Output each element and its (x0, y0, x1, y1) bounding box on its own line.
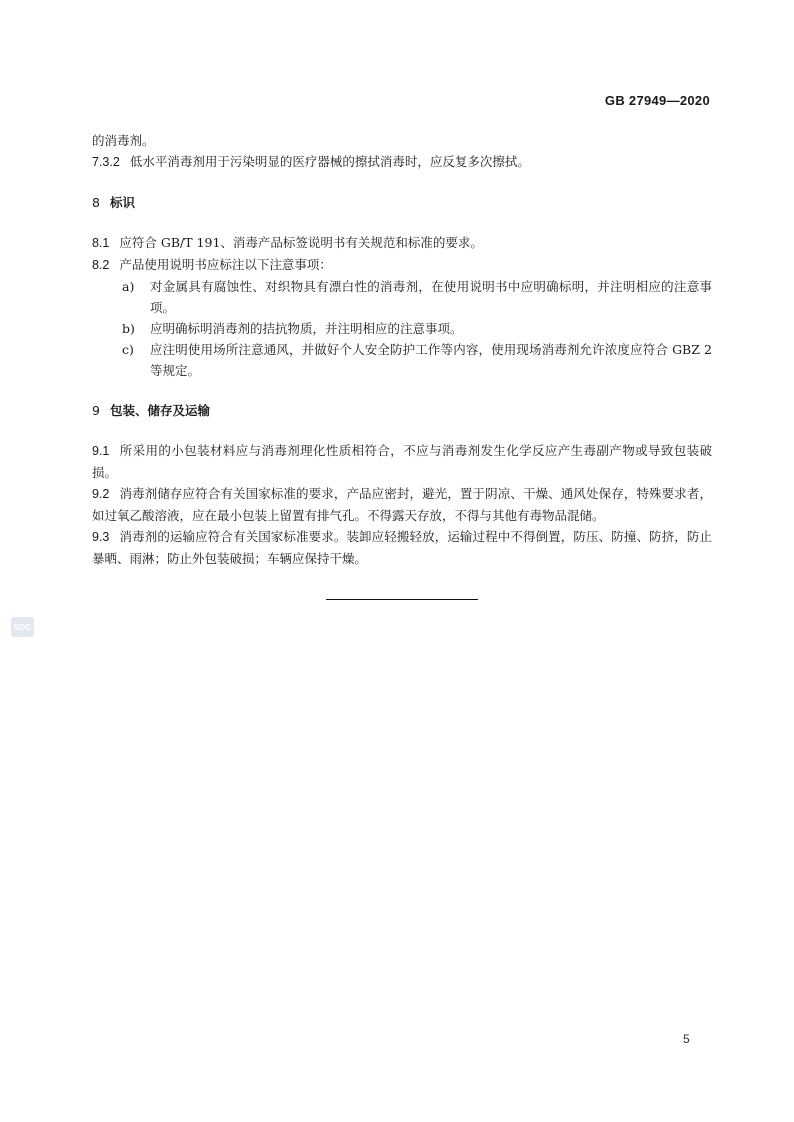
section-number: 9 (92, 403, 100, 418)
clause-8-2: 8.2产品使用说明书应标注以下注意事项： (92, 254, 712, 276)
clause-7-3-2: 7.3.2低水平消毒剂用于污染明显的医疗器械的擦拭消毒时，应反复多次擦拭。 (92, 151, 712, 173)
list-item-b: b) 应明确标明消毒剂的拮抗物质，并注明相应的注意事项。 (92, 318, 712, 339)
list-marker: c) (122, 339, 134, 360)
clause-text: 消毒剂的运输应符合有关国家标准要求。装卸应轻搬轻放，运输过程中不得倒置，防压、防… (92, 529, 712, 566)
section-title: 标识 (110, 195, 135, 210)
list-item-c: c) 应注明使用场所注意通风，并做好个人安全防护工作等内容，使用现场消毒剂允许浓… (92, 339, 712, 381)
list-item-text: 应注明使用场所注意通风，并做好个人安全防护工作等内容，使用现场消毒剂允许浓度应符… (150, 342, 712, 378)
clause-text: 低水平消毒剂用于污染明显的医疗器械的擦拭消毒时，应反复多次擦拭。 (130, 154, 530, 169)
clause-text: 所采用的小包装材料应与消毒剂理化性质相符合，不应与消毒剂发生化学反应产生毒副产物… (92, 443, 712, 480)
clause-number: 7.3.2 (92, 152, 120, 173)
continuation-text: 的消毒剂。 (92, 130, 712, 151)
list-marker: a) (122, 276, 134, 297)
section-8-heading: 8标识 (92, 192, 712, 213)
section-number: 8 (92, 195, 100, 210)
clause-number: 9.3 (92, 527, 109, 548)
page-number: 5 (683, 1032, 690, 1046)
clause-number: 8.1 (92, 233, 109, 254)
clause-text: 应符合 GB/T 191、消毒产品标签说明书有关规范和标准的要求。 (119, 235, 483, 250)
watermark-logo-icon: SDC (11, 617, 34, 637)
clause-text: 消毒剂储存应符合有关国家标准的要求，产品应密封，避光，置于阴凉、干燥、通风处保存… (92, 486, 712, 523)
clause-9-2: 9.2消毒剂储存应符合有关国家标准的要求，产品应密封，避光，置于阴凉、干燥、通风… (92, 483, 712, 526)
section-9-heading: 9包装、储存及运输 (92, 400, 712, 421)
list-item-text: 应明确标明消毒剂的拮抗物质，并注明相应的注意事项。 (150, 321, 463, 336)
list-marker: b) (122, 318, 135, 339)
end-of-document-rule (326, 599, 478, 600)
standard-code-header: GB 27949—2020 (605, 93, 710, 108)
clause-8-1: 8.1应符合 GB/T 191、消毒产品标签说明书有关规范和标准的要求。 (92, 232, 712, 254)
list-item-text: 对金属具有腐蚀性、对织物具有漂白性的消毒剂，在使用说明书中应明确标明，并注明相应… (150, 279, 712, 315)
clause-text: 产品使用说明书应标注以下注意事项： (119, 257, 332, 272)
list-item-a: a) 对金属具有腐蚀性、对织物具有漂白性的消毒剂，在使用说明书中应明确标明，并注… (92, 276, 712, 318)
clause-number: 8.2 (92, 255, 109, 276)
document-body: 的消毒剂。 7.3.2低水平消毒剂用于污染明显的医疗器械的擦拭消毒时，应反复多次… (92, 130, 712, 569)
clause-number: 9.1 (92, 441, 109, 462)
clause-9-3: 9.3消毒剂的运输应符合有关国家标准要求。装卸应轻搬轻放，运输过程中不得倒置，防… (92, 526, 712, 569)
clause-9-1: 9.1所采用的小包装材料应与消毒剂理化性质相符合，不应与消毒剂发生化学反应产生毒… (92, 440, 712, 483)
clause-number: 9.2 (92, 484, 109, 505)
section-title: 包装、储存及运输 (110, 403, 210, 418)
